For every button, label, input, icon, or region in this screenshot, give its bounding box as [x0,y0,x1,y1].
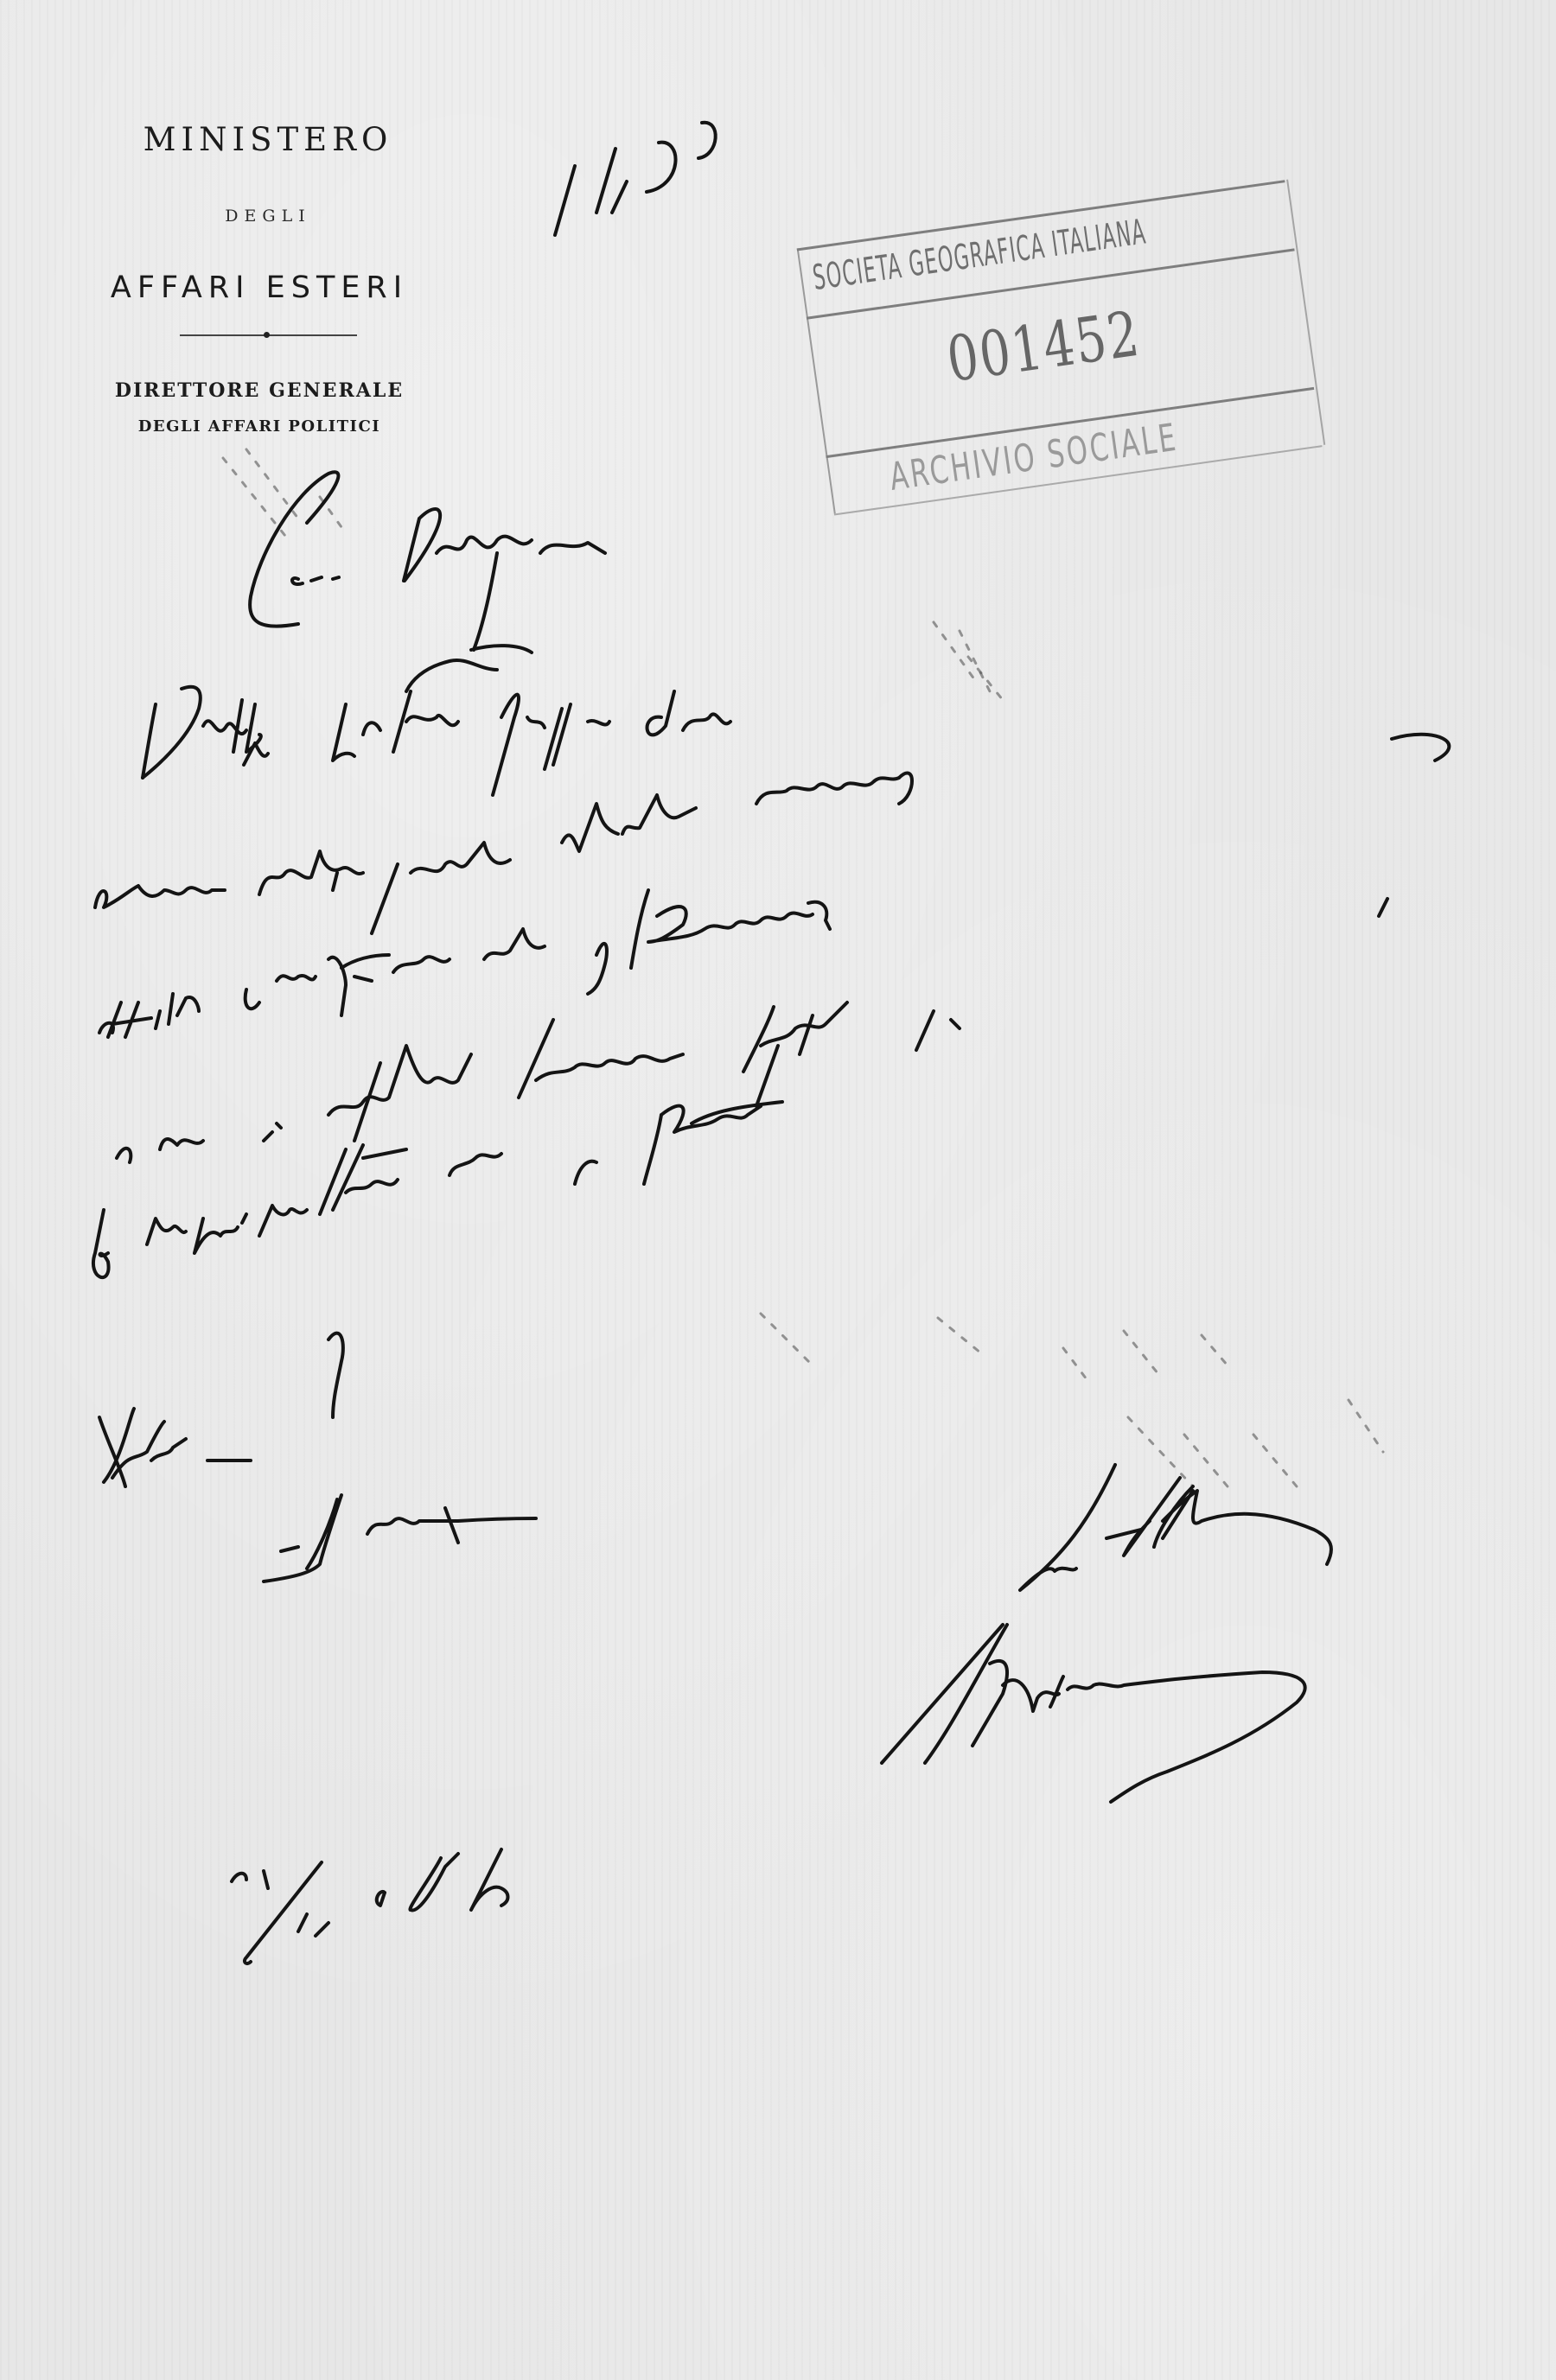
letterhead-direttore-generale: DIRETTORE GENERALE [52,379,467,402]
body-line-4: a cui si riferisce l'unito foglio? [112,1080,909,1141]
closing: Il suo [264,1504,409,1564]
archive-stamp: SOCIETA GEOGRAFICA ITALIANA 001452 ARCHI… [791,139,1323,525]
body-line-2: alcune notizie precisa sulla recente [95,821,1028,881]
letterhead-affari-politici: DEGLI AFFARI POLITICI [52,417,467,436]
body-line-3: attività scientifica del S. Raymondi, [99,951,1032,1011]
letter-date: 21/11 1883 [229,1858,527,1919]
letterhead-affari-esteri: AFFARI ESTERI [52,270,467,305]
signature-name: Malvano [890,1668,1116,1728]
body-line-5: E sui suoi rapporti con la Società [95,1193,968,1253]
letterhead-divider [180,334,357,336]
letterhead-degli: DEGLI [69,207,467,226]
letterhead: MINISTERO DEGLI AFFARI ESTERI DIRETTORE … [52,121,467,436]
letterhead-ministero: MINISTERO [69,121,467,158]
protocol-number: 1103 [553,138,686,199]
body-line-1: Potrebbe la Società Geografica darci [147,683,1114,743]
salutation: Caro Professore, [251,519,691,579]
signature-line-1: aff. [1020,1504,1102,1564]
body-line-6: stessa? [99,1417,290,1478]
